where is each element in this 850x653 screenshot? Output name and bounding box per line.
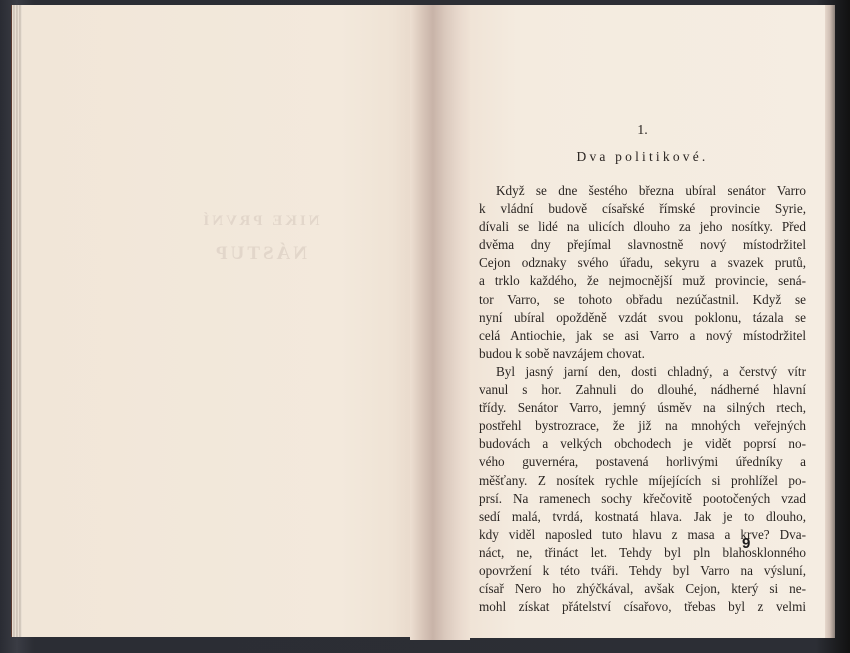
text-line: náct, ne, třináct let. Tehdy byl pln bla… [479,544,806,562]
text-line: měšťany. Z nosítek rychle míjejících si … [479,472,806,490]
page-edges-right [825,5,835,638]
left-page [22,5,420,637]
text-line: postřehl bystrozrace, že již na mnohých … [479,417,806,435]
body-text: Když se dne šestého března ubíral senáto… [479,182,806,616]
text-line: nyní ubíral opožděně vzdát svou poklonu,… [479,309,806,327]
text-line: Když se dne šestého března ubíral senáto… [479,182,806,200]
book-gutter [410,5,470,640]
text-line: budovách a velkých obchodech je vidět po… [479,435,806,453]
text-line: celá Antiochie, jak se asi Varro a nový … [479,327,806,345]
text-line: opovržení k této tváři. Tehdy byl Varro … [479,562,806,580]
text-line: císař Nero ho zhýčkával, avšak Cejon, kt… [479,580,806,598]
text-line: sedí malá, tvrdá, kostnatá hlava. Jak je… [479,508,806,526]
bleed-through-text: NIKE PRVNÍ [160,213,360,230]
text-line: dívali se lidé na ulicích dlouho za jeho… [479,218,806,236]
page-number: 9 [742,535,750,552]
text-line: kdy viděl naposled tuto hlavu z masa a k… [479,526,806,544]
chapter-title: Dva politikové. [479,148,806,166]
text-line: třídy. Senátor Varro, jemný úsměv na sil… [479,399,806,417]
text-line: a trklo každého, že nejmocnější muž prov… [479,272,806,290]
text-line: dvěma dny přejímal slavnostně nový místo… [479,236,806,254]
text-line: vého guvernéra, postavená horlivými úřed… [479,453,806,471]
text-line: mohl získat přátelství císařovo, třebas … [479,598,806,616]
text-line: k vládní budově císařské římské provinci… [479,200,806,218]
text-line: Byl jasný jarní den, dosti chladný, a če… [479,363,806,381]
text-line: budou k sobě navzájem chovat. [479,345,806,363]
chapter-number: 1. [479,122,806,140]
page-text: 1. Dva politikové. Když se dne šestého b… [479,118,806,616]
text-line: tor Varro, se tohoto obřadu nezúčastnil.… [479,291,806,309]
text-line: Cejon odznaky svého úřadu, sekyru a svaz… [479,254,806,272]
text-line: vanul s hor. Zahnuli do dlouhé, nádherné… [479,381,806,399]
bleed-through-text: NÁSTUP [160,243,360,265]
text-line: prsí. Na ramenech sochy křečovitě pootoč… [479,490,806,508]
